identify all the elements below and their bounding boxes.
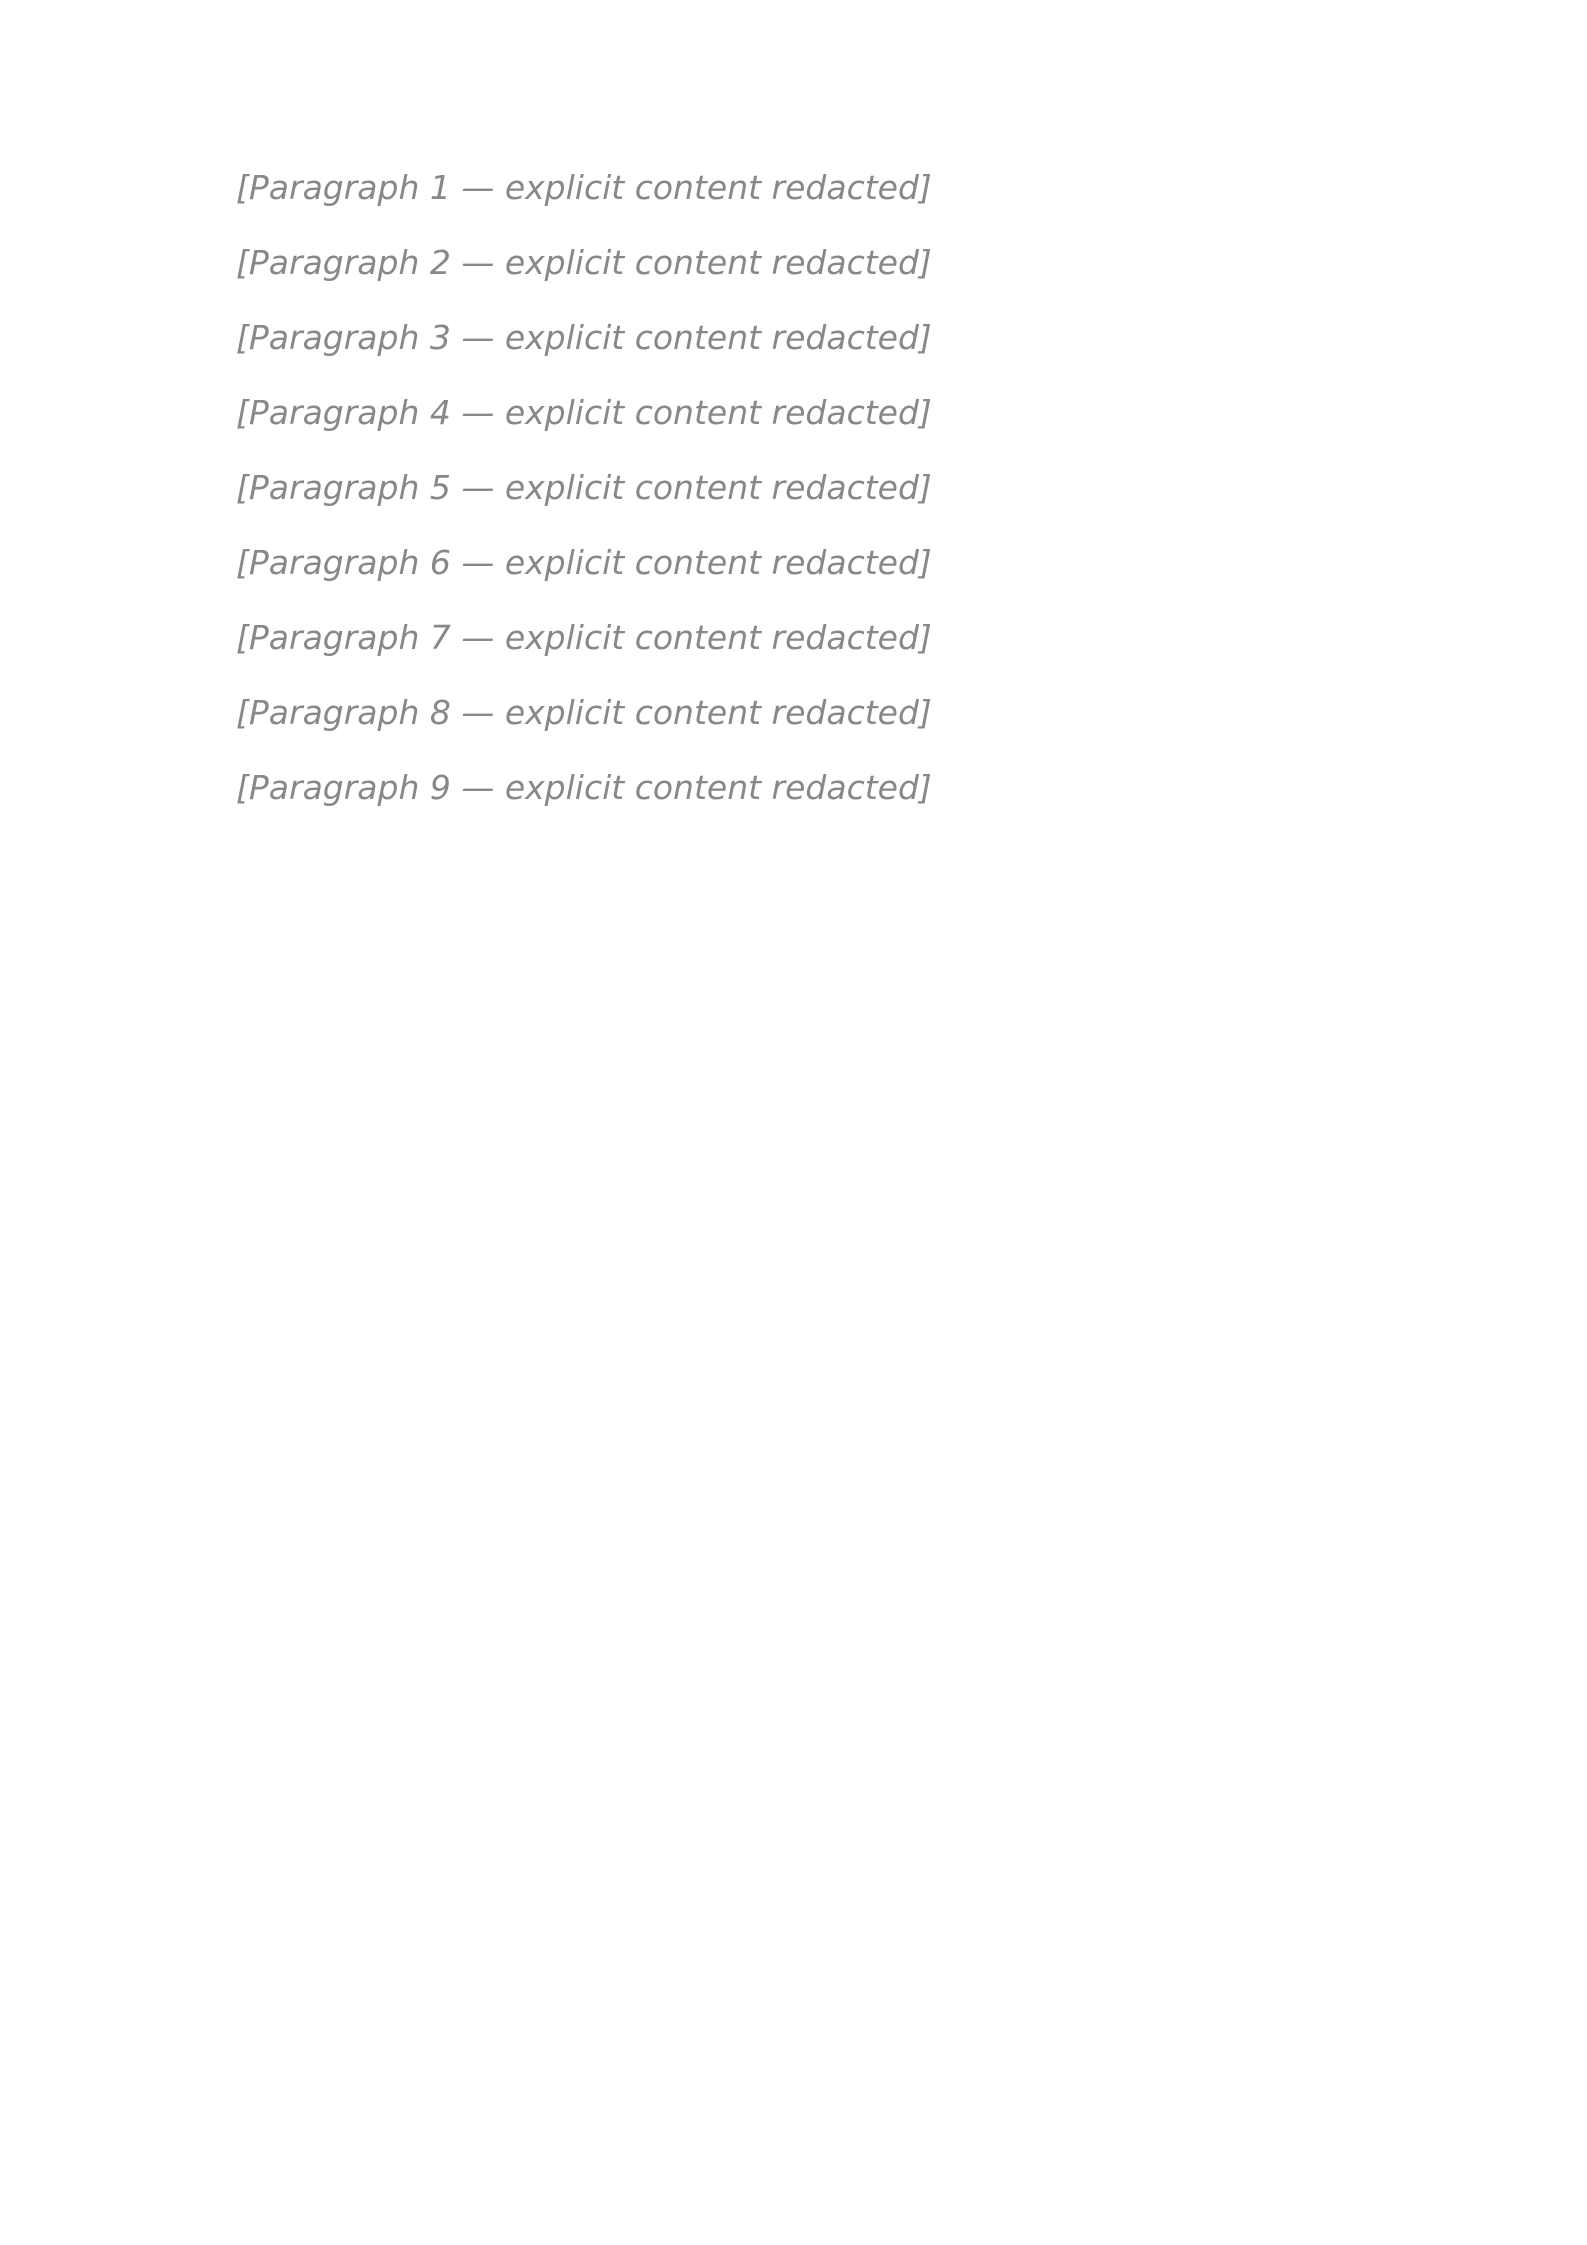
paragraph: [Paragraph 4 — explicit content redacted… — [170, 375, 1417, 450]
paragraph: [Paragraph 9 — explicit content redacted… — [170, 750, 1417, 825]
paragraph: [Paragraph 6 — explicit content redacted… — [170, 525, 1417, 600]
paragraph: [Paragraph 2 — explicit content redacted… — [170, 225, 1417, 300]
paragraph: [Paragraph 5 — explicit content redacted… — [170, 450, 1417, 525]
paragraph: [Paragraph 7 — explicit content redacted… — [170, 600, 1417, 675]
paragraph: [Paragraph 1 — explicit content redacted… — [170, 150, 1417, 225]
document-page: [Paragraph 1 — explicit content redacted… — [0, 0, 1587, 2245]
paragraph: [Paragraph 3 — explicit content redacted… — [170, 300, 1417, 375]
paragraph: [Paragraph 8 — explicit content redacted… — [170, 675, 1417, 750]
